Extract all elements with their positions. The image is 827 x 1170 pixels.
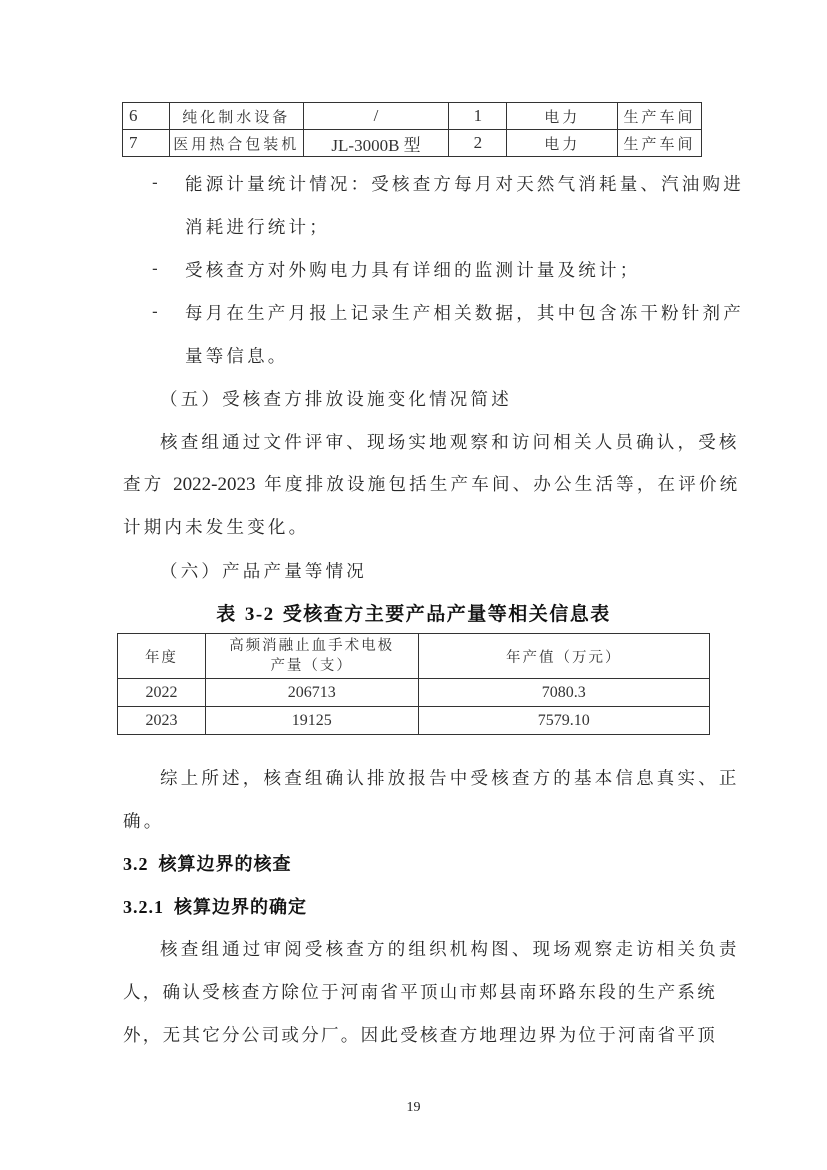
cell-output: 19125 bbox=[205, 707, 418, 735]
cell-no: 6 bbox=[123, 103, 170, 130]
cell-name: 医用热合包装机 bbox=[169, 130, 303, 157]
caption-text: 受核查方主要产品产量等相关信息表 bbox=[275, 603, 611, 625]
caption-prefix: 表 bbox=[216, 603, 245, 625]
cell-qty: 2 bbox=[449, 130, 507, 157]
cell-location: 生产车间 bbox=[618, 103, 702, 130]
paragraph-line: 核查组通过文件评审、现场实地观察和访问相关人员确认，受核 bbox=[160, 429, 740, 454]
cell-location: 生产车间 bbox=[618, 130, 702, 157]
paragraph-line: 人，确认受核查方除位于河南省平顶山市郏县南环路东段的生产系统 bbox=[123, 979, 717, 1004]
year-range: 2022-2023 bbox=[173, 474, 255, 495]
cell-year: 2023 bbox=[118, 707, 206, 735]
heading-number: 3.2.1 bbox=[123, 897, 164, 917]
cell-year: 2022 bbox=[118, 679, 206, 707]
summary-line: 综上所述，核查组确认排放报告中受核查方的基本信息真实、正 bbox=[160, 765, 740, 790]
header-output-line1: 高频消融止血手术电极 bbox=[206, 636, 418, 656]
equipment-table: 6 纯化制水设备 / 1 电力 生产车间 7 医用热合包装机 JL-3000B … bbox=[122, 102, 702, 157]
table-row: 2023 19125 7579.10 bbox=[118, 707, 710, 735]
table-caption: 表 3-2 受核查方主要产品产量等相关信息表 bbox=[0, 599, 827, 626]
bullet-dash: - bbox=[152, 173, 158, 193]
bullet-text-cont: 量等信息。 bbox=[185, 343, 289, 368]
text: 查方 bbox=[123, 475, 173, 495]
table-row: 2022 206713 7080.3 bbox=[118, 679, 710, 707]
heading-text: 核算边界的核查 bbox=[159, 854, 292, 875]
product-table: 年度 高频消融止血手术电极 产量（支） 年产值（万元） 2022 206713 … bbox=[117, 633, 710, 735]
paragraph-line: 核查组通过审阅受核查方的组织机构图、现场观察走访相关负责 bbox=[160, 936, 740, 961]
cell-model: JL-3000B 型 bbox=[303, 130, 449, 157]
paragraph-line: 计期内未发生变化。 bbox=[123, 514, 309, 539]
header-output: 高频消融止血手术电极 产量（支） bbox=[205, 634, 418, 679]
cell-name: 纯化制水设备 bbox=[169, 103, 303, 130]
table-header-row: 年度 高频消融止血手术电极 产量（支） 年产值（万元） bbox=[118, 634, 710, 679]
cell-qty: 1 bbox=[449, 103, 507, 130]
bullet-text-cont: 消耗进行统计； bbox=[185, 214, 330, 239]
bullet-text: 每月在生产月报上记录生产相关数据，其中包含冻干粉针剂产 bbox=[185, 300, 744, 325]
section-title: （六）产品产量等情况 bbox=[160, 558, 367, 583]
header-output-line2: 产量（支） bbox=[206, 656, 418, 676]
heading-text: 核算边界的确定 bbox=[174, 897, 307, 918]
header-year: 年度 bbox=[118, 634, 206, 679]
cell-value: 7080.3 bbox=[418, 679, 709, 707]
paragraph-line: 查方 2022-2023 年度排放设施包括生产车间、办公生活等，在评价统 bbox=[123, 471, 740, 496]
heading-number: 3.2 bbox=[123, 854, 149, 874]
caption-number: 3-2 bbox=[245, 604, 275, 625]
bullet-dash: - bbox=[152, 259, 158, 279]
table-row: 7 医用热合包装机 JL-3000B 型 2 电力 生产车间 bbox=[123, 130, 702, 157]
text: 年度排放设施包括生产车间、办公生活等，在评价统 bbox=[256, 475, 741, 495]
cell-model: / bbox=[303, 103, 449, 130]
page-number: 19 bbox=[0, 1100, 827, 1116]
table-row: 6 纯化制水设备 / 1 电力 生产车间 bbox=[123, 103, 702, 130]
paragraph-line: 外，无其它分公司或分厂。因此受核查方地理边界为位于河南省平顶 bbox=[123, 1022, 717, 1047]
header-value: 年产值（万元） bbox=[418, 634, 709, 679]
cell-no: 7 bbox=[123, 130, 170, 157]
bullet-text: 受核查方对外购电力具有详细的监测计量及统计； bbox=[185, 257, 640, 282]
section-title: （五）受核查方排放设施变化情况简述 bbox=[160, 386, 512, 411]
bullet-dash: - bbox=[152, 302, 158, 322]
heading-3-2-1: 3.2.1核算边界的确定 bbox=[123, 893, 307, 919]
bullet-text: 能源计量统计情况：受核查方每月对天然气消耗量、汽油购进 bbox=[185, 171, 744, 196]
cell-output: 206713 bbox=[205, 679, 418, 707]
summary-line: 确。 bbox=[123, 808, 164, 833]
cell-value: 7579.10 bbox=[418, 707, 709, 735]
cell-energy: 电力 bbox=[507, 103, 618, 130]
heading-3-2: 3.2核算边界的核查 bbox=[123, 850, 292, 876]
cell-energy: 电力 bbox=[507, 130, 618, 157]
